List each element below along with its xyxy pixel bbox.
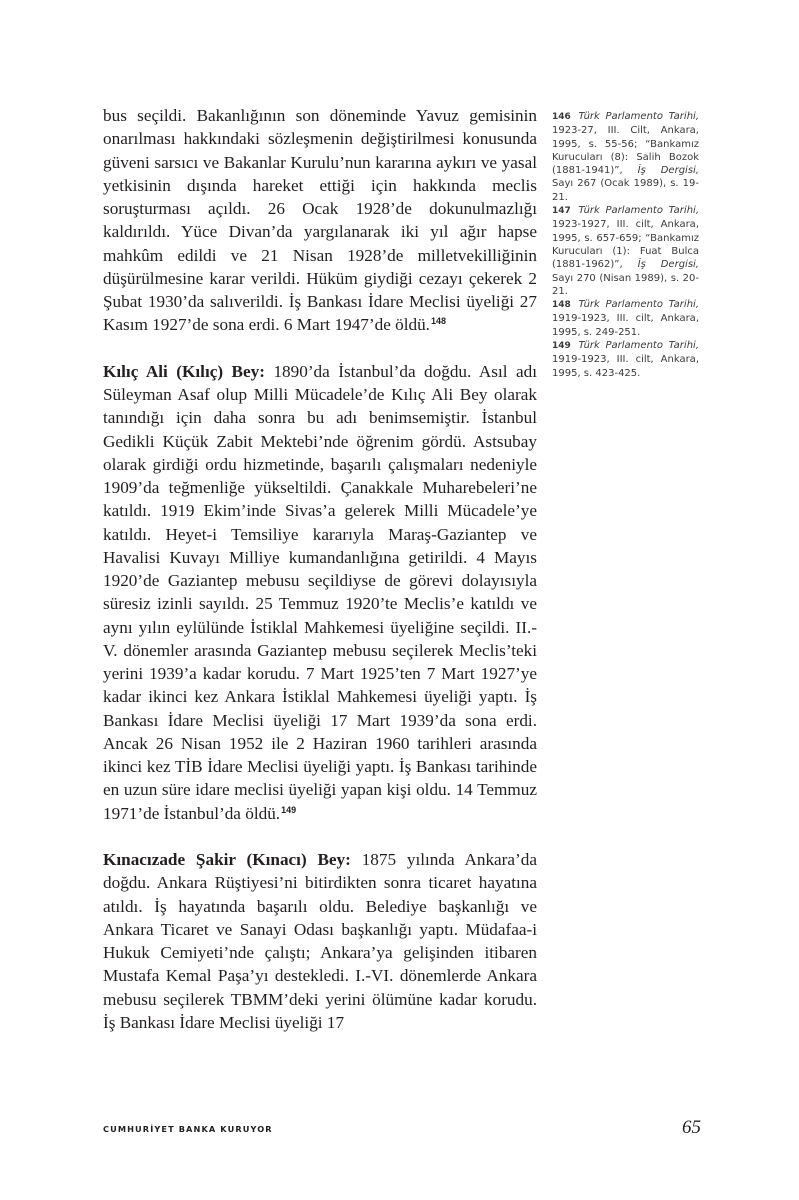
footnote-reference[interactable]: 148 <box>431 316 446 326</box>
footnote-source-title: Türk Parlamento Tarihi, <box>578 111 699 122</box>
entry-name: Kınacızade Şakir (Kınacı) Bey: <box>103 850 351 869</box>
footnote-text-rest: Sayı 267 (Ocak 1989), s. 19-21. <box>552 178 699 202</box>
footnote-source-title: Türk Parlamento Tarihi, <box>578 205 699 216</box>
footnotes-column: 146 Türk Parlamento Tarihi, 1923-27, III… <box>552 110 699 380</box>
running-footer-title: CUMHURİYET BANKA KURUYOR <box>103 1124 273 1134</box>
footnote-journal: İş Dergisi, <box>638 165 699 176</box>
footnote-149: 149 Türk Parlamento Tarihi, 1919-1923, I… <box>552 339 699 380</box>
footnote-number: 148 <box>552 300 571 310</box>
entry-name: Kılıç Ali (Kılıç) Bey: <box>103 362 265 381</box>
page-number: 65 <box>682 1117 701 1139</box>
paragraph-text: bus seçildi. Bakanlığının son döneminde … <box>103 106 537 334</box>
footnote-number: 147 <box>552 206 571 216</box>
footnote-text: 1919-1923, III. cilt, Ankara, 1995, s. 4… <box>552 354 699 378</box>
footnote-source-title: Türk Parlamento Tarihi, <box>578 340 699 351</box>
paragraph-text: 1890’da İstanbul’da doğdu. Asıl adı Süle… <box>103 362 537 823</box>
footnote-reference[interactable]: 149 <box>281 805 296 815</box>
footnote-146: 146 Türk Parlamento Tarihi, 1923-27, III… <box>552 110 699 204</box>
footnote-text: 1919-1923, III. cilt, Ankara, 1995, s. 2… <box>552 313 699 337</box>
paragraph-kinacizade-sakir: Kınacızade Şakir (Kınacı) Bey: 1875 yılı… <box>103 848 537 1034</box>
footnote-journal: İş Dergisi, <box>638 259 699 270</box>
footnote-text-rest: Sayı 270 (Nisan 1989), s. 20-21. <box>552 273 699 297</box>
footnote-source-title: Türk Parlamento Tarihi, <box>578 299 699 310</box>
footnote-number: 146 <box>552 112 571 122</box>
paragraph-salih-bozok-continued: bus seçildi. Bakanlığının son döneminde … <box>103 104 537 337</box>
footnote-148: 148 Türk Parlamento Tarihi, 1919-1923, I… <box>552 298 699 339</box>
main-text-column: bus seçildi. Bakanlığının son döneminde … <box>103 104 537 1057</box>
footnote-147: 147 Türk Parlamento Tarihi, 1923-1927, I… <box>552 204 699 298</box>
footnote-number: 149 <box>552 341 571 351</box>
paragraph-kilic-ali: Kılıç Ali (Kılıç) Bey: 1890’da İstanbul’… <box>103 360 537 825</box>
paragraph-text: 1875 yılında Ankara’da doğdu. Ankara Rüş… <box>103 850 537 1032</box>
